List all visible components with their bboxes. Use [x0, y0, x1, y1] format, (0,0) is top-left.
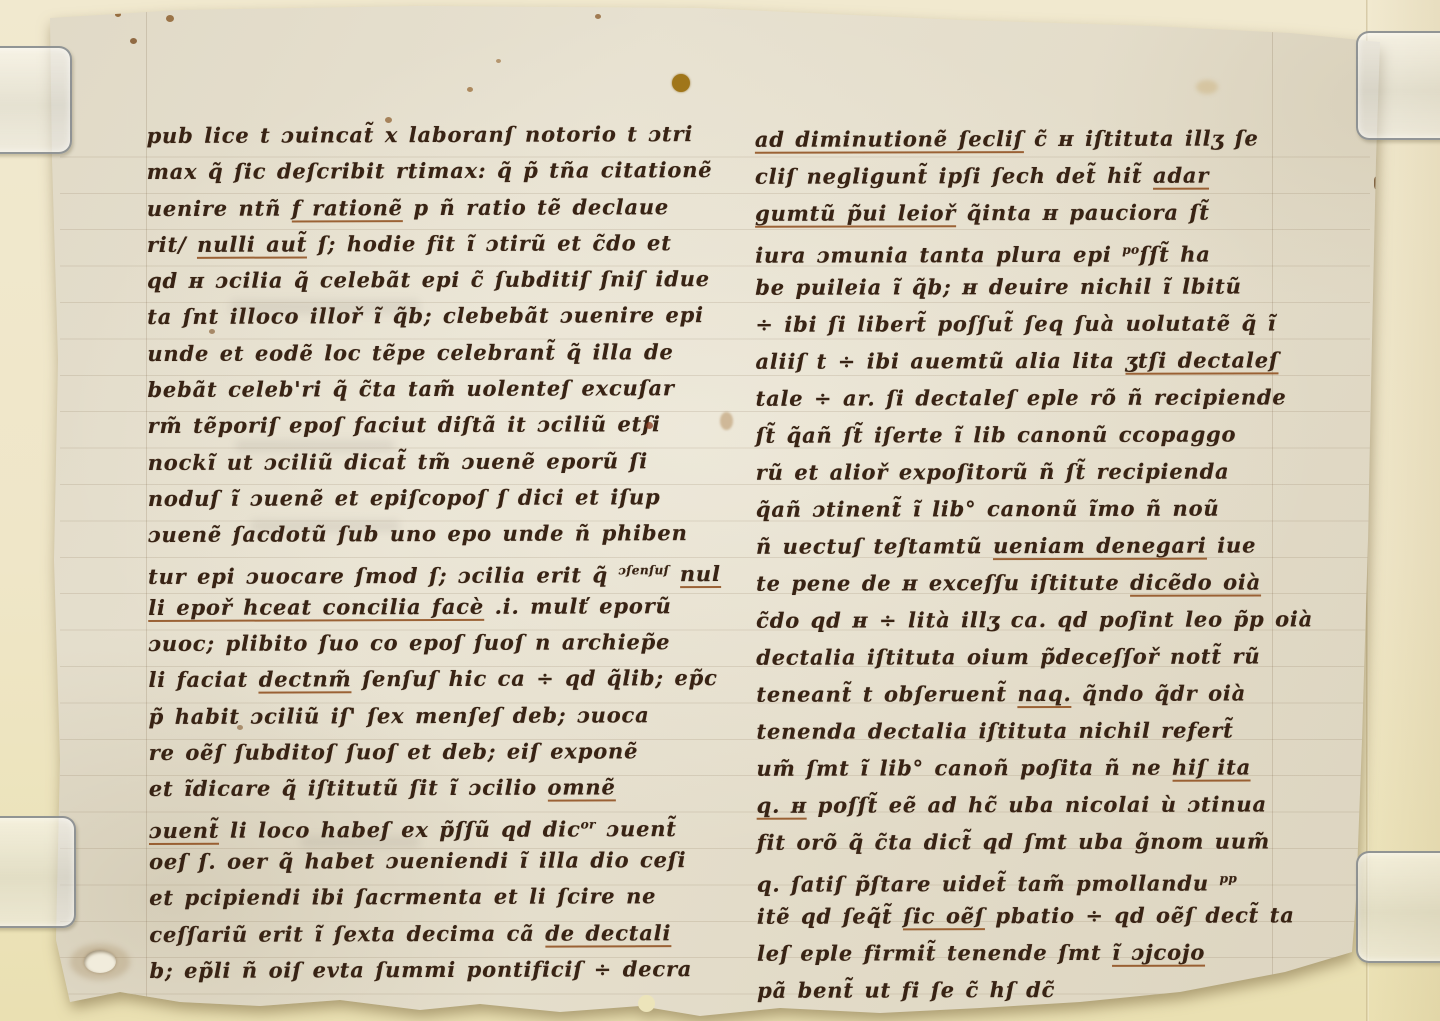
manuscript-line: max q̃ ſic deſcribit rtimax: q̃ p̃ tña c… [147, 153, 722, 191]
stain [237, 725, 243, 730]
manuscript-line: teneant̃ t obſeruent̃ naq. q̃ndo q̃dr oi… [756, 676, 1351, 715]
worm-hole [84, 950, 116, 973]
manuscript-line: pub lice t ɔuincat̃ x laboranſ notorio t… [146, 117, 721, 155]
manuscript-line: gumtũ p̃ui leioř q̃inta ʜ pauciora ſt̃ [755, 195, 1350, 234]
manuscript-line: iura ɔmunia tanta plura epi poſſt̃ ha [755, 232, 1350, 271]
manuscript-line: pã bent̃ ut fi ſe c̃ hſ dc̃ [757, 972, 1352, 1011]
manuscript-line: ɔuent̃ li loco habeſ ex p̃ſſũ qd dicor ɔ… [149, 807, 724, 845]
manuscript-line: q. ʜ poſſt̃ eẽ ad hc̃ uba nicolai ù ɔtin… [757, 787, 1352, 826]
text-column-left: pub lice t ɔuincat̃ x laboranſ notorio t… [146, 117, 724, 990]
stain [166, 15, 174, 22]
manuscript-line: noduſ ĩ ɔuenẽ et epiſcopoſ­ ſ dici et iſ… [148, 480, 723, 518]
manuscript-line: li epoř hceat concilia facè .i. mulť epo… [148, 589, 723, 627]
edge-notch [638, 995, 655, 1012]
stain [595, 14, 601, 19]
edge-nick [1374, 176, 1383, 190]
manuscript-line: rm̃ tẽporiſ epoſ faciut diſtã it ɔciliũ … [147, 407, 722, 445]
manuscript-line: aliiſ t ÷ ibi auemtũ alia lita ʒtſi dect… [755, 343, 1350, 382]
manuscript-line: c̃do qd ʜ ÷ lità illʒ ca. qd poſint leo … [756, 602, 1351, 641]
manuscript-line: be puileia ĩ q̃b; ʜ deuire nichil ĩ lbit… [755, 269, 1350, 308]
manuscript-line: itẽ qd ſeq̃t̃ ſic oẽſ pbatio ÷ qd oẽſ de… [757, 898, 1352, 937]
manuscript-photo: { "page": { "description": "Photograph o… [0, 0, 1440, 1021]
manuscript-line: cliſ negligunt̃ ipſi ſech det̃ hit̃ adar [755, 158, 1350, 197]
manuscript-line: nockĩ ut ɔciliũ dicat̃ tm̃ ɔuenẽ eporũ ſ… [148, 444, 723, 482]
manuscript-line: oeſ ſ. oer q̃ habet ɔueniendi ĩ illa dio… [149, 843, 724, 881]
stain [467, 87, 473, 92]
manuscript-line: ÷ ibi ſi libert̃ poſſut̃ ſeq ſuà uolutat… [755, 306, 1350, 345]
manuscript-line: bebãt celeb'ri q̃ c̃ta tam̃ uolenteſ exc… [147, 371, 722, 409]
manuscript-line: ad diminutionẽ ſecliſ c̃ ʜ iſtituta illʒ… [755, 121, 1350, 160]
manuscript-line: tale ÷ ar. ſi dectaleſ eple rõ ñ recipie… [756, 380, 1351, 419]
manuscript-line: ceſſariũ erit ĩ ſexta decima cã de decta… [149, 916, 724, 954]
stain [672, 74, 690, 92]
manuscript-line: um̃ ſmt ĩ lib° canoñ poſita ñ ne hiſ ita [756, 750, 1351, 789]
manuscript-line: et ĩdicare q̃ iſtitutũ ſit ĩ ɔcilio omnẽ [149, 770, 724, 808]
manuscript-line: li faciat dectnm̃ ſenſuſ hic ca ÷ qd q̃l… [148, 661, 723, 699]
manuscript-line: et pcipiendi ibi ſacrmenta et li ſcire n… [149, 879, 724, 917]
manuscript-line: ta ſnt illoco illoř ĩ q̃b; clebebãt ɔuen… [147, 298, 722, 336]
stain [1196, 80, 1218, 94]
stain [646, 422, 653, 429]
stain [209, 329, 215, 334]
mount-clip-top-left [0, 46, 72, 154]
manuscript-line: unde et eodẽ loc tẽpe celebrant̃ q̃ illa… [147, 335, 722, 373]
mount-clip-top-right [1356, 31, 1440, 140]
manuscript-line: ñ uectuſ teſtamtũ ueniam denegari iue [756, 528, 1351, 567]
manuscript-line: dectalia iſtituta oium p̃deceſſoř nott̃ … [756, 639, 1351, 678]
manuscript-line: q̃añ ɔtinent̃ ĩ lib° canonũ ĩmo ñ noũ [756, 491, 1351, 530]
stain [48, 710, 53, 715]
manuscript-line: ɔuoc; plibito ſuo co epoſ ſuoſ n archiep… [148, 625, 723, 663]
manuscript-line: uenire ntñ f rationẽ p ñ ratio tẽ declau… [147, 190, 722, 228]
manuscript-line: qd ʜ ɔcilia q̃ celebãt epi c̃ ſubditiſ ſ… [147, 262, 722, 300]
manuscript-line: q. ſatiſ p̃ſtare uidet̃ tam̃ pmollandu p… [757, 861, 1352, 900]
stain [115, 12, 121, 17]
manuscript-line: fit orõ q̃ c̃ta dict̃ qd ſmt uba g̃nom u… [757, 824, 1352, 863]
manuscript-line: tenenda dectalia iſtituta nichil refert̃ [756, 713, 1351, 752]
text-column-right: ad diminutionẽ ſecliſ c̃ ʜ iſtituta illʒ… [755, 121, 1352, 1011]
manuscript-line: re oẽſ ſubditoſ ſuoſ et deb; eiſ exponẽ [149, 734, 724, 772]
manuscript-line: rũ et alioř expoſitorũ ñ ſt̃ recipienda [756, 454, 1351, 493]
manuscript-line: ɔuenẽ ſacdotũ ſub uno epo unde ñ phiben [148, 516, 723, 554]
stain [385, 117, 392, 123]
stain [720, 412, 733, 430]
mount-clip-bottom-right [1356, 851, 1440, 963]
stain [130, 38, 137, 44]
manuscript-line: p̃ habit ɔciliũ iſ' ſex menſeſ deb; ɔuoc… [149, 698, 724, 736]
stain [496, 59, 501, 63]
manuscript-line: b; ep̃li ñ oiſ evta ſummi pontificiſ ÷ d… [149, 952, 724, 990]
manuscript-line: rit/ nulli aut̃ ſ; hodie fit ĩ ɔtirũ et … [147, 226, 722, 264]
manuscript-line: ſt̃ q̃añ ſt̃ iſerte ĩ lib canonũ ccopagg… [756, 417, 1351, 456]
mount-clip-bottom-left [0, 816, 76, 928]
parchment-leaf-wrap: pub lice t ɔuincat̃ x laboranſ notorio t… [0, 0, 1440, 1021]
parchment-leaf: pub lice t ɔuincat̃ x laboranſ notorio t… [0, 0, 1440, 1021]
manuscript-line: tur epi ɔuocare ſmod ſ; ɔcilia erit q̃ ɔ… [148, 553, 723, 591]
manuscript-line: leſ eple firmit̃ tenende ſmt ĩ ɔjcojo [757, 935, 1352, 974]
manuscript-line: te pene de ʜ exceſſu iſtitute dicẽdo oià [756, 565, 1351, 604]
